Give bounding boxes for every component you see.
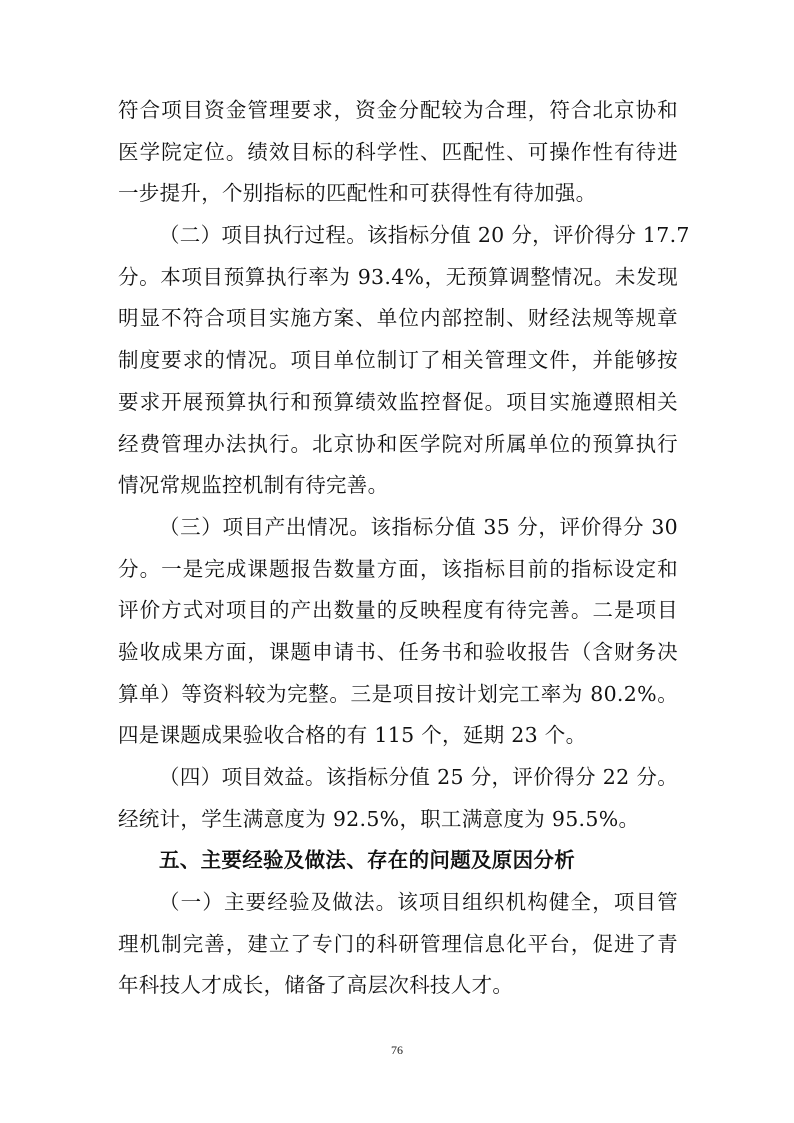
paragraph-lead: （四）项目效益。 <box>159 765 326 789</box>
text-line: 算单）等资料较为完整。三是项目按计划完工率为 80.2%。 <box>118 674 678 716</box>
text-line: 经统计，学生满意度为 92.5%，职工满意度为 95.5%。 <box>118 799 678 841</box>
text-span: 该项目组织机构健全，项目管 <box>397 890 678 914</box>
section-heading: 五、主要经验及做法、存在的问题及原因分析 <box>118 840 678 882</box>
text-line: 理机制完善，建立了专门的科研管理信息化平台，促进了青 <box>118 924 678 966</box>
text-line: 四是课题成果验收合格的有 115 个，延期 23 个。 <box>118 715 678 757</box>
text-line: （二）项目执行过程。该指标分值 20 分，评价得分 17.7 <box>118 215 678 257</box>
text-line: 符合项目资金管理要求，资金分配较为合理，符合北京协和 <box>118 90 678 132</box>
text-span: 该指标分值 35 分，评价得分 30 <box>371 515 679 539</box>
text-line: 分。本项目预算执行率为 93.4%，无预算调整情况。未发现 <box>118 257 678 299</box>
text-line: （三）项目产出情况。该指标分值 35 分，评价得分 30 <box>118 507 678 549</box>
text-line: 医学院定位。绩效目标的科学性、匹配性、可操作性有待进 <box>118 132 678 174</box>
text-line: 情况常规监控机制有待完善。 <box>118 465 678 507</box>
text-line: 要求开展预算执行和预算绩效监控督促。项目实施遵照相关 <box>118 382 678 424</box>
document-page: 符合项目资金管理要求，资金分配较为合理，符合北京协和 医学院定位。绩效目标的科学… <box>118 90 678 1007</box>
text-span: 该指标分值 20 分，评价得分 17.7 <box>367 223 690 247</box>
text-line: 验收成果方面，课题申请书、任务书和验收报告（含财务决 <box>118 632 678 674</box>
text-line: 制度要求的情况。项目单位制订了相关管理文件，并能够按 <box>118 340 678 382</box>
text-line: 一步提升，个别指标的匹配性和可获得性有待加强。 <box>118 173 678 215</box>
text-line: 评价方式对项目的产出数量的反映程度有待完善。二是项目 <box>118 590 678 632</box>
paragraph-continuation: 符合项目资金管理要求，资金分配较为合理，符合北京协和 医学院定位。绩效目标的科学… <box>118 90 678 215</box>
paragraph-project-benefits: （四）项目效益。该指标分值 25 分，评价得分 22 分。 经统计，学生满意度为… <box>118 757 678 840</box>
text-line: （四）项目效益。该指标分值 25 分，评价得分 22 分。 <box>118 757 678 799</box>
text-line: 分。一是完成课题报告数量方面，该指标目前的指标设定和 <box>118 549 678 591</box>
paragraph-main-experience: （一）主要经验及做法。该项目组织机构健全，项目管 理机制完善，建立了专门的科研管… <box>118 882 678 1007</box>
text-line: （一）主要经验及做法。该项目组织机构健全，项目管 <box>118 882 678 924</box>
paragraph-lead: （一）主要经验及做法。 <box>159 890 397 914</box>
text-span: 该指标分值 25 分，评价得分 22 分。 <box>326 765 678 789</box>
paragraph-lead: （二）项目执行过程。 <box>159 223 367 247</box>
paragraph-lead: （三）项目产出情况。 <box>159 515 371 539</box>
page-number: 76 <box>0 1043 794 1058</box>
paragraph-execution-process: （二）项目执行过程。该指标分值 20 分，评价得分 17.7 分。本项目预算执行… <box>118 215 678 507</box>
text-line: 经费管理办法执行。北京协和医学院对所属单位的预算执行 <box>118 424 678 466</box>
text-line: 明显不符合项目实施方案、单位内部控制、财经法规等规章 <box>118 298 678 340</box>
text-line: 年科技人才成长，储备了高层次科技人才。 <box>118 965 678 1007</box>
paragraph-project-output: （三）项目产出情况。该指标分值 35 分，评价得分 30 分。一是完成课题报告数… <box>118 507 678 757</box>
